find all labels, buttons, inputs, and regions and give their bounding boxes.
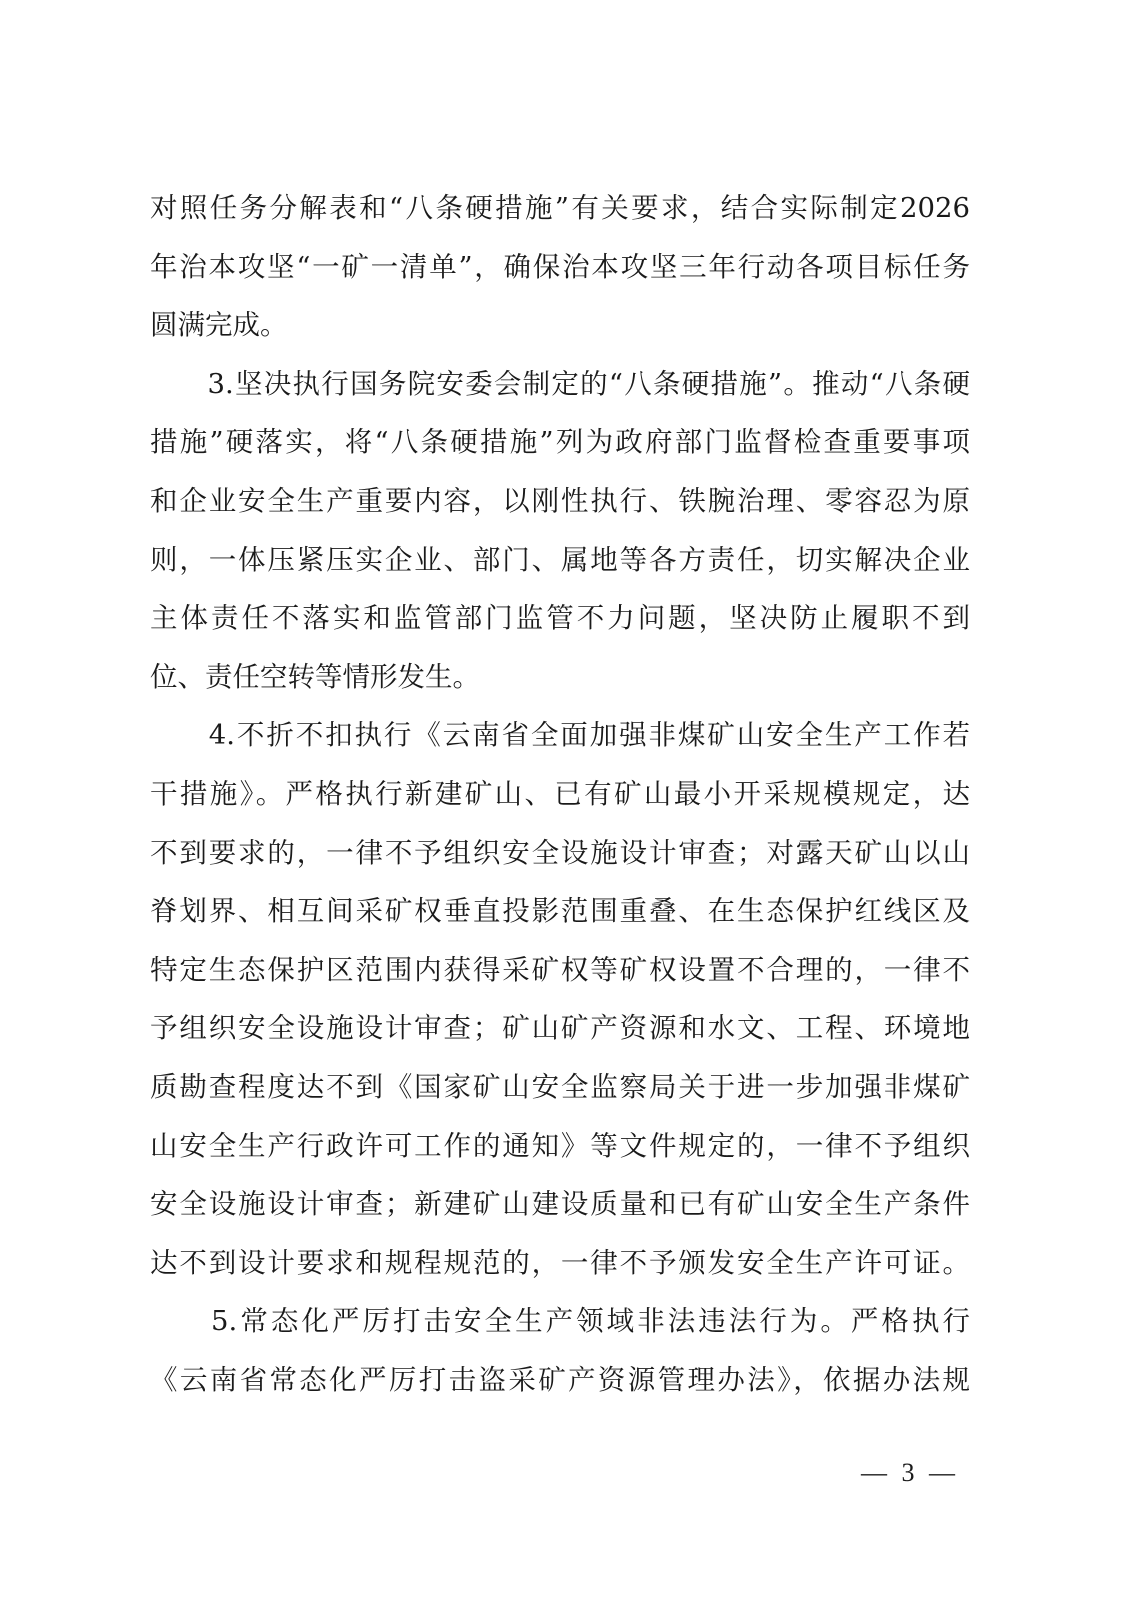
text-line: 3.坚决执行国务院安委会制定的“八条硬措施”。推动“八条硬 — [150, 362, 970, 421]
text-line: 安全设施设计审查；新建矿山建设质量和已有矿山安全生产条件 — [150, 1182, 970, 1241]
text-line: 和企业安全生产重要内容，以刚性执行、铁腕治理、零容忍为原 — [150, 479, 970, 538]
text-line: 5.常态化严厉打击安全生产领域非法违法行为。严格执行 — [150, 1299, 970, 1358]
document-body: 对照任务分解表和“八条硬措施”有关要求，结合实际制定2026 年治本攻坚“一矿一… — [150, 186, 970, 1416]
text-line: 《云南省常态化严厉打击盗采矿产资源管理办法》，依据办法规 — [150, 1358, 970, 1417]
text-line: 则，一体压紧压实企业、部门、属地等各方责任，切实解决企业 — [150, 538, 970, 597]
text-line: 措施”硬落实，将“八条硬措施”列为政府部门监督检查重要事项 — [150, 420, 970, 479]
text-line: 质勘查程度达不到《国家矿山安全监察局关于进一步加强非煤矿 — [150, 1065, 970, 1124]
text-line: 位、责任空转等情形发生。 — [150, 655, 970, 714]
text-line: 年治本攻坚“一矿一清单”，确保治本攻坚三年行动各项目标任务 — [150, 245, 970, 304]
text-line: 特定生态保护区范围内获得采矿权等矿权设置不合理的，一律不 — [150, 948, 970, 1007]
page-number: — 3 — — [860, 1458, 960, 1488]
text-line: 干措施》。严格执行新建矿山、已有矿山最小开采规模规定，达 — [150, 772, 970, 831]
text-line: 不到要求的，一律不予组织安全设施设计审查；对露天矿山以山 — [150, 831, 970, 890]
text-line: 达不到设计要求和规程规范的，一律不予颁发安全生产许可证。 — [150, 1241, 970, 1300]
text-line: 4.不折不扣执行《云南省全面加强非煤矿山安全生产工作若 — [150, 713, 970, 772]
text-line: 主体责任不落实和监管部门监管不力问题，坚决防止履职不到 — [150, 596, 970, 655]
text-line: 圆满完成。 — [150, 303, 970, 362]
text-line: 予组织安全设施设计审查；矿山矿产资源和水文、工程、环境地 — [150, 1006, 970, 1065]
text-line: 对照任务分解表和“八条硬措施”有关要求，结合实际制定2026 — [150, 186, 970, 245]
text-line: 脊划界、相互间采矿权垂直投影范围重叠、在生态保护红线区及 — [150, 889, 970, 948]
text-line: 山安全生产行政许可工作的通知》等文件规定的，一律不予组织 — [150, 1124, 970, 1183]
